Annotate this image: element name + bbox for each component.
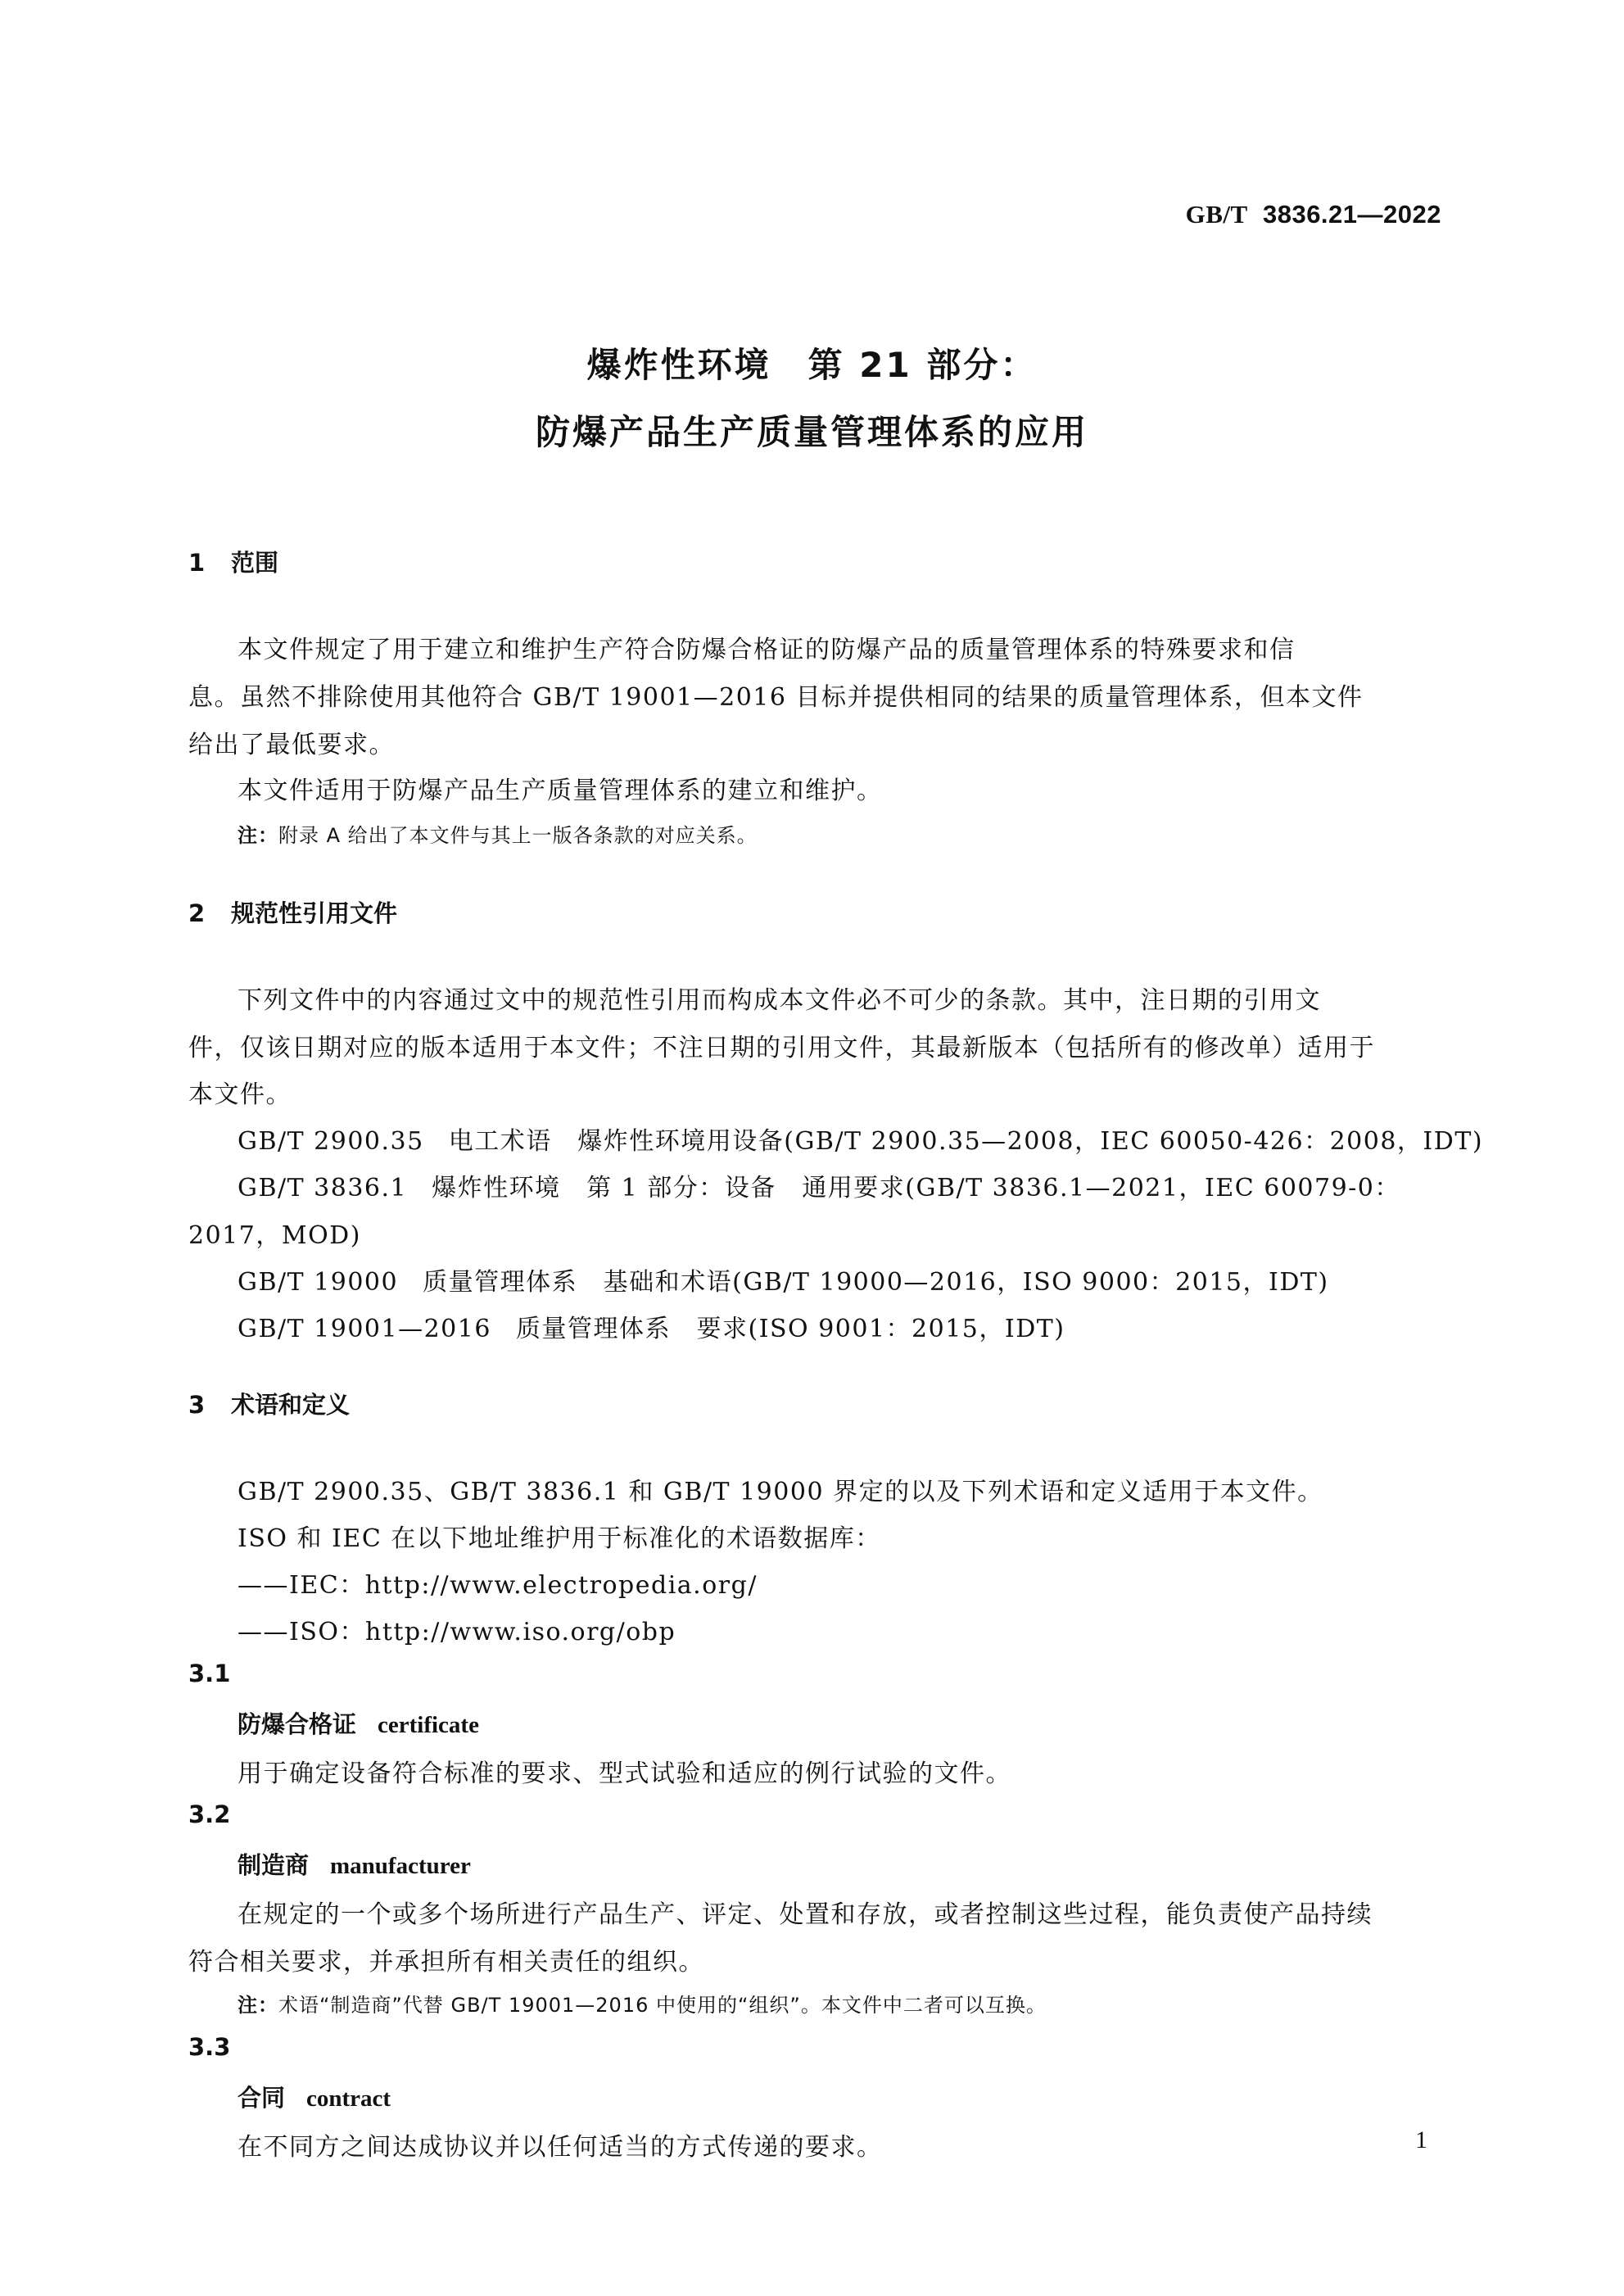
term-en: certificate bbox=[378, 1712, 479, 1738]
reference-title: 电工术语 爆炸性环境用设备(GB/T 2900.35—2008，IEC 6005… bbox=[449, 1127, 1483, 1156]
section-title: 术语和定义 bbox=[231, 1391, 350, 1419]
scope-paragraph-line-1: 本文件规定了用于建立和维护生产符合防爆合格证的防爆产品的质量管理体系的特殊要求和… bbox=[237, 629, 1296, 665]
note-label: 注： bbox=[237, 1994, 278, 2017]
reference-title: 爆炸性环境 第 1 部分：设备 通用要求(GB/T 3836.1—2021，IE… bbox=[432, 1174, 1400, 1202]
reference-code: GB/T 19001—2016 bbox=[237, 1315, 491, 1343]
normative-refs-paragraph-line-2: 件，仅该日期对应的版本适用于本文件；不注日期的引用文件，其最新版本（包括所有的修… bbox=[188, 1027, 1375, 1063]
term-definition: 用于确定设备符合标准的要求、型式试验和适应的例行试验的文件。 bbox=[237, 1753, 1011, 1789]
title-line-2: 防爆产品生产质量管理体系的应用 bbox=[0, 399, 1624, 466]
document-title: 爆炸性环境 第 21 部分： 防爆产品生产质量管理体系的应用 bbox=[0, 332, 1624, 466]
reference-code: GB/T 19000 bbox=[237, 1268, 398, 1297]
section-1-heading: 1范围 bbox=[188, 545, 278, 578]
page-number: 1 bbox=[1415, 2126, 1427, 2154]
normative-refs-paragraph-line-3: 本文件。 bbox=[188, 1074, 292, 1110]
term-note: 注：术语“制造商”代替 GB/T 19001—2016 中使用的“组织”。本文件… bbox=[237, 1989, 1047, 2017]
reference-item: GB/T 19001—2016质量管理体系 要求(ISO 9001：2015，I… bbox=[237, 1308, 1065, 1344]
note-label: 注： bbox=[237, 824, 278, 847]
standard-number: GB/T 3836.21—2022 bbox=[1186, 200, 1441, 229]
scope-applicability: 本文件适用于防爆产品生产质量管理体系的建立和维护。 bbox=[237, 770, 883, 806]
term-entry: 合同contract bbox=[237, 2080, 391, 2113]
section-number: 2 bbox=[188, 899, 231, 927]
title-line-1: 爆炸性环境 第 21 部分： bbox=[0, 332, 1624, 399]
normative-refs-paragraph-line-1: 下列文件中的内容通过文中的规范性引用而构成本文件必不可少的条款。其中，注日期的引… bbox=[237, 980, 1321, 1016]
term-definition-line-1: 在规定的一个或多个场所进行产品生产、评定、处置和存放，或者控制这些过程，能负责使… bbox=[237, 1894, 1373, 1930]
terms-database-line: ISO 和 IEC 在以下地址维护用于标准化的术语数据库： bbox=[237, 1518, 881, 1554]
reference-title: 质量管理体系 要求(ISO 9001：2015，IDT) bbox=[516, 1315, 1065, 1343]
reference-item-continuation: 2017，MOD) bbox=[188, 1215, 361, 1251]
reference-code: GB/T 2900.35 bbox=[237, 1127, 424, 1156]
reference-item: GB/T 2900.35电工术语 爆炸性环境用设备(GB/T 2900.35—2… bbox=[237, 1121, 1483, 1157]
terms-intro-line: GB/T 2900.35、GB/T 3836.1 和 GB/T 19000 界定… bbox=[237, 1471, 1323, 1507]
iso-link[interactable]: ——ISO：http://www.iso.org/obp bbox=[237, 1611, 676, 1647]
section-2-heading: 2规范性引用文件 bbox=[188, 895, 397, 929]
section-number: 3 bbox=[188, 1391, 231, 1419]
section-title: 规范性引用文件 bbox=[231, 899, 397, 927]
section-3-heading: 3术语和定义 bbox=[188, 1387, 350, 1420]
scope-note: 注：附录 A 给出了本文件与其上一版各条款的对应关系。 bbox=[237, 819, 758, 848]
term-definition: 在不同方之间达成协议并以任何适当的方式传递的要求。 bbox=[237, 2126, 883, 2162]
term-zh: 防爆合格证 bbox=[237, 1710, 356, 1738]
term-definition-line-2: 符合相关要求，并承担所有相关责任的组织。 bbox=[188, 1941, 704, 1977]
term-entry: 制造商manufacturer bbox=[237, 1847, 471, 1881]
note-text: 附录 A 给出了本文件与其上一版各条款的对应关系。 bbox=[278, 824, 758, 847]
document-page: GB/T 3836.21—2022 爆炸性环境 第 21 部分： 防爆产品生产质… bbox=[0, 0, 1624, 2296]
clause-number: 3.3 bbox=[188, 2033, 230, 2061]
term-en: contract bbox=[306, 2085, 391, 2112]
note-text: 术语“制造商”代替 GB/T 19001—2016 中使用的“组织”。本文件中二… bbox=[278, 1994, 1047, 2017]
reference-item: GB/T 19000质量管理体系 基础和术语(GB/T 19000—2016，I… bbox=[237, 1261, 1329, 1297]
scope-paragraph-line-2: 息。虽然不排除使用其他符合 GB/T 19001—2016 目标并提供相同的结果… bbox=[188, 677, 1364, 713]
scope-paragraph-line-3: 给出了最低要求。 bbox=[188, 724, 395, 760]
section-title: 范围 bbox=[231, 549, 278, 577]
term-entry: 防爆合格证certificate bbox=[237, 1706, 479, 1740]
term-zh: 制造商 bbox=[237, 1851, 309, 1879]
reference-item: GB/T 3836.1爆炸性环境 第 1 部分：设备 通用要求(GB/T 383… bbox=[237, 1167, 1400, 1203]
term-zh: 合同 bbox=[237, 2084, 285, 2112]
term-en: manufacturer bbox=[330, 1853, 471, 1879]
standard-code: 3836.21—2022 bbox=[1263, 200, 1441, 229]
reference-code: GB/T 3836.1 bbox=[237, 1174, 407, 1202]
section-number: 1 bbox=[188, 549, 231, 577]
clause-number: 3.1 bbox=[188, 1660, 230, 1687]
clause-number: 3.2 bbox=[188, 1800, 230, 1828]
reference-title: 质量管理体系 基础和术语(GB/T 19000—2016，ISO 9000：20… bbox=[423, 1268, 1329, 1297]
iec-link[interactable]: ——IEC：http://www.electropedia.org/ bbox=[237, 1565, 758, 1601]
standard-prefix: GB/T bbox=[1186, 200, 1248, 229]
